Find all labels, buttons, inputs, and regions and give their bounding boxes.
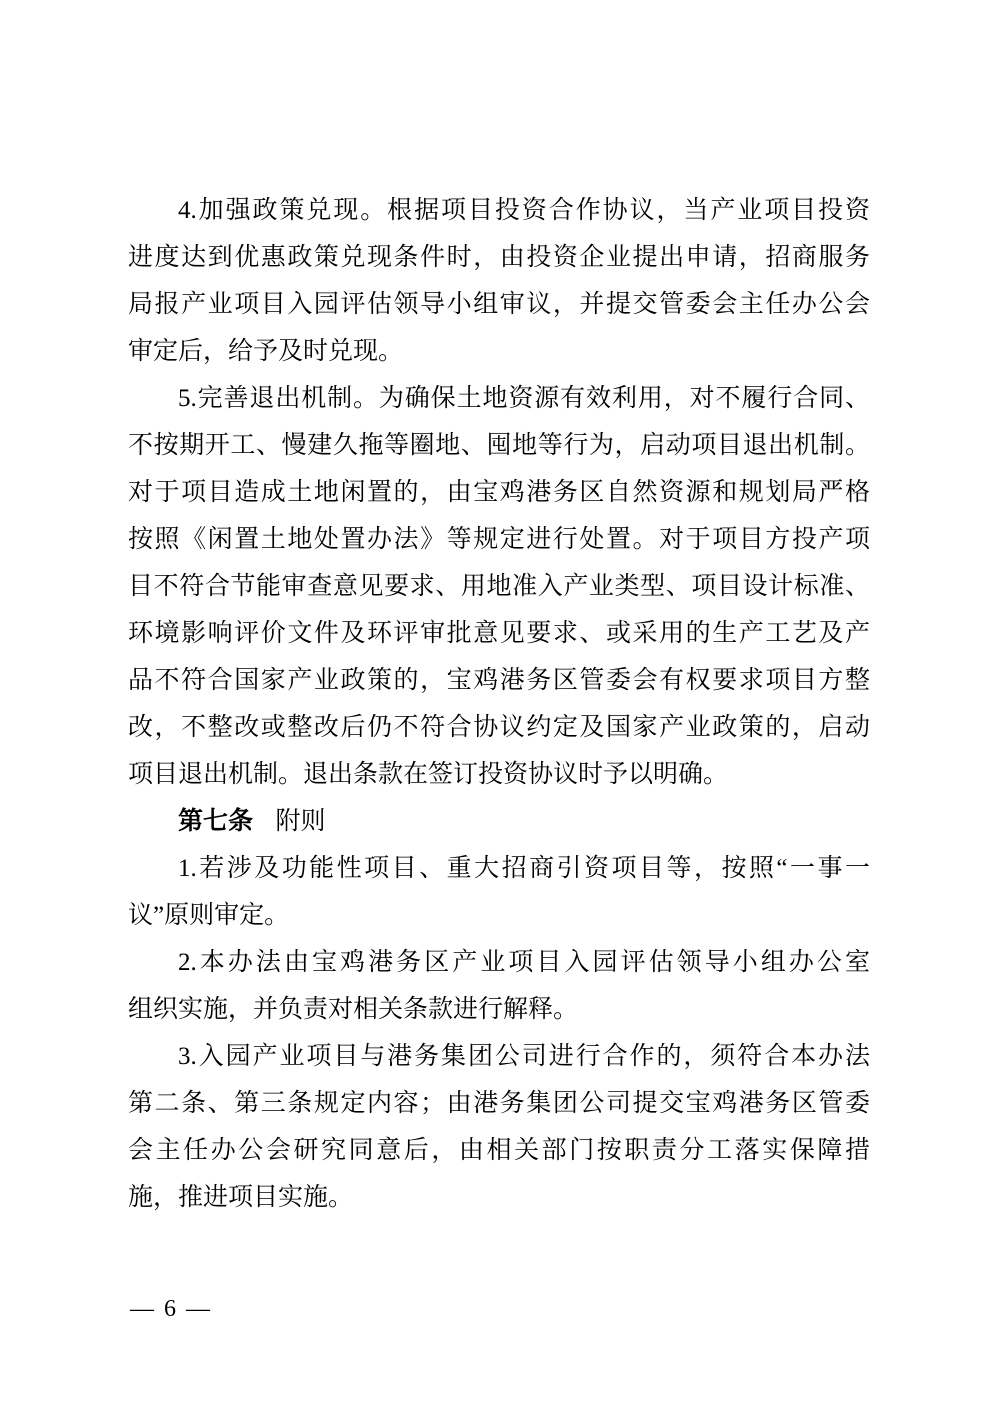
- text-line: 4.加强政策兑现。根据项目投资合作协议，当产业项目投资: [128, 187, 870, 234]
- section-heading: 第七条附则: [128, 798, 870, 845]
- text-line: 进度达到优惠政策兑现条件时，由投资企业提出申请，招商服务: [128, 234, 870, 281]
- text-line: 议”原则审定。: [128, 892, 870, 939]
- text-line: 目不符合节能审查意见要求、用地准入产业类型、项目设计标准、: [128, 563, 870, 610]
- text-line: 审定后，给予及时兑现。: [128, 328, 870, 375]
- paragraph: 3.入园产业项目与港务集团公司进行合作的，须符合本办法第二条、第三条规定内容；由…: [128, 1033, 870, 1221]
- paragraph: 2.本办法由宝鸡港务区产业项目入园评估领导小组办公室组织实施，并负责对相关条款进…: [128, 939, 870, 1033]
- text-line: 3.入园产业项目与港务集团公司进行合作的，须符合本办法: [128, 1033, 870, 1080]
- paragraph: 5.完善退出机制。为确保土地资源有效利用，对不履行合同、不按期开工、慢建久拖等圈…: [128, 375, 870, 798]
- text-line: 2.本办法由宝鸡港务区产业项目入园评估领导小组办公室: [128, 939, 870, 986]
- text-line: 1.若涉及功能性项目、重大招商引资项目等，按照“一事一: [128, 845, 870, 892]
- text-line: 会主任办公会研究同意后，由相关部门按职责分工落实保障措: [128, 1127, 870, 1174]
- document-page: 4.加强政策兑现。根据项目投资合作协议，当产业项目投资进度达到优惠政策兑现条件时…: [0, 0, 992, 1403]
- text-line: 环境影响评价文件及环评审批意见要求、或采用的生产工艺及产: [128, 610, 870, 657]
- heading-label: 第七条: [178, 807, 253, 835]
- text-line: 局报产业项目入园评估领导小组审议，并提交管委会主任办公会: [128, 281, 870, 328]
- text-line: 对于项目造成土地闲置的，由宝鸡港务区自然资源和规划局严格: [128, 469, 870, 516]
- text-line: 组织实施，并负责对相关条款进行解释。: [128, 986, 870, 1033]
- text-line: 5.完善退出机制。为确保土地资源有效利用，对不履行合同、: [128, 375, 870, 422]
- text-line: 第二条、第三条规定内容；由港务集团公司提交宝鸡港务区管委: [128, 1080, 870, 1127]
- heading-line: 第七条附则: [128, 798, 870, 845]
- text-line: 按照《闲置土地处置办法》等规定进行处置。对于项目方投产项: [128, 516, 870, 563]
- text-line: 不按期开工、慢建久拖等圈地、囤地等行为，启动项目退出机制。: [128, 422, 870, 469]
- page-number: — 6 —: [130, 1294, 212, 1324]
- paragraph: 4.加强政策兑现。根据项目投资合作协议，当产业项目投资进度达到优惠政策兑现条件时…: [128, 187, 870, 375]
- text-line: 改，不整改或整改后仍不符合协议约定及国家产业政策的，启动: [128, 704, 870, 751]
- text-line: 项目退出机制。退出条款在签订投资协议时予以明确。: [128, 751, 870, 798]
- document-body: 4.加强政策兑现。根据项目投资合作协议，当产业项目投资进度达到优惠政策兑现条件时…: [128, 187, 870, 1221]
- paragraph: 1.若涉及功能性项目、重大招商引资项目等，按照“一事一议”原则审定。: [128, 845, 870, 939]
- heading-title: 附则: [276, 807, 326, 835]
- text-line: 品不符合国家产业政策的，宝鸡港务区管委会有权要求项目方整: [128, 657, 870, 704]
- text-line: 施，推进项目实施。: [128, 1174, 870, 1221]
